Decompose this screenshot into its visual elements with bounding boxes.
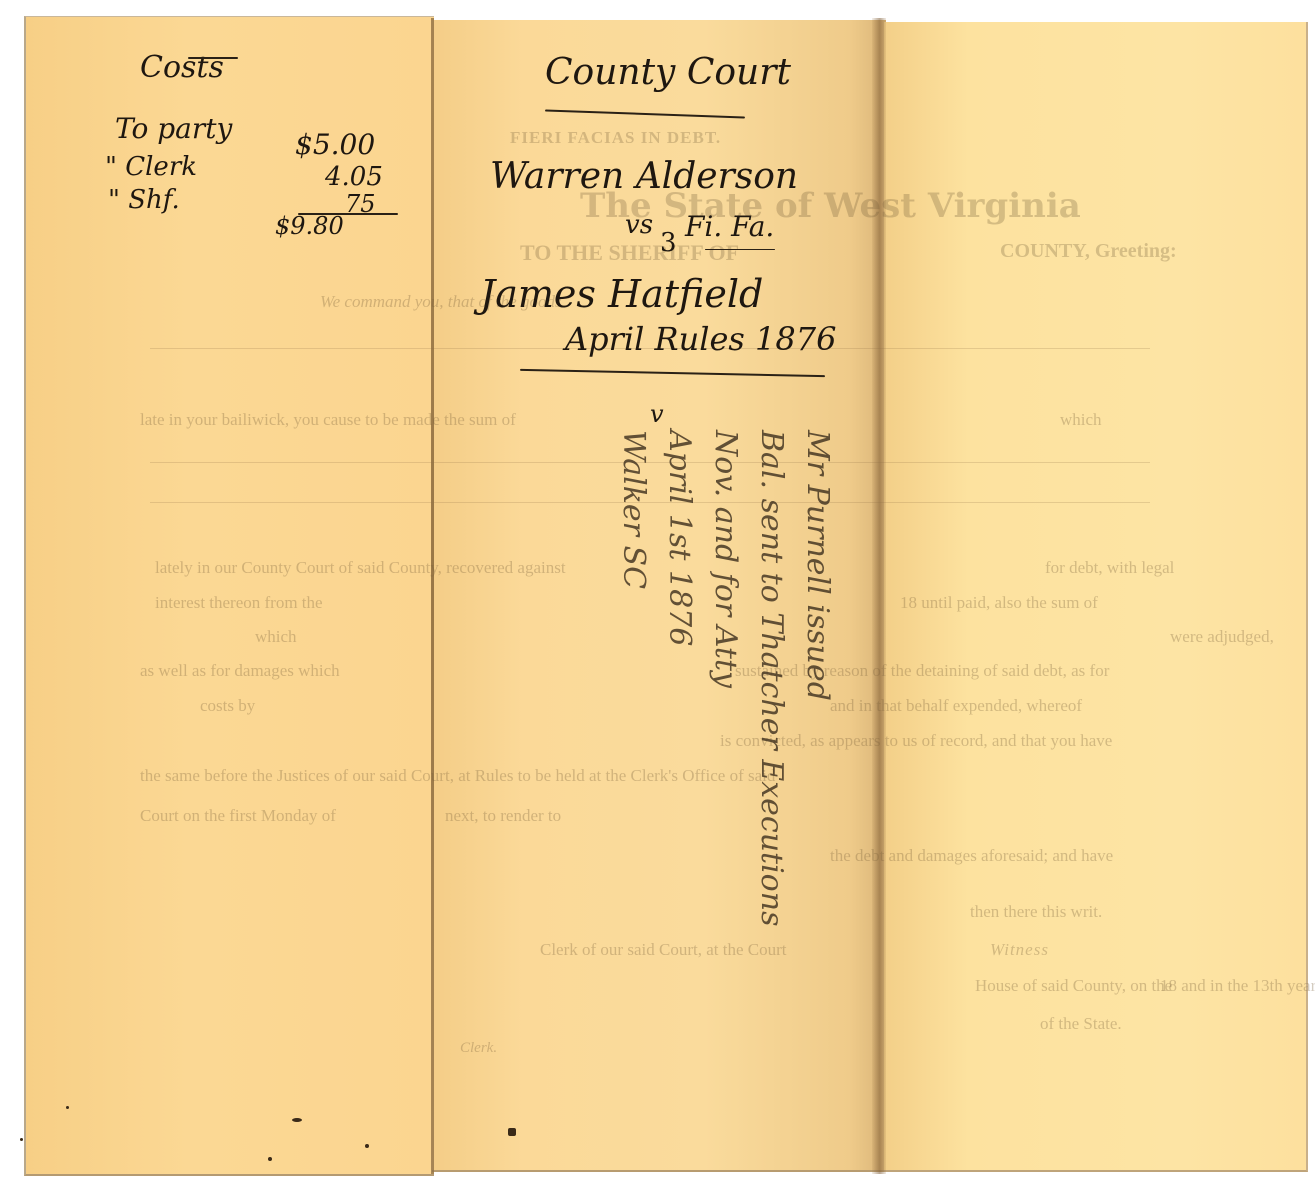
ghost-debt-damages: the debt and damages aforesaid; and have: [830, 846, 1113, 866]
paper-speck: [292, 1118, 302, 1122]
ghost-costs-by-2: and in that behalf expended, whereof: [830, 696, 1082, 716]
cost-item-label: " Clerk: [105, 152, 197, 182]
ghost-costs-by: costs by: [200, 696, 255, 716]
plaintiff-name: Warren Alderson: [490, 156, 798, 197]
bracket-mark: 3: [660, 228, 677, 258]
cost-item-amount: 4.05: [325, 162, 383, 192]
writ-underline: [705, 249, 775, 250]
term-label: April Rules 1876: [565, 320, 836, 358]
ghost-clerk: Clerk.: [460, 1040, 497, 1057]
paper-speck: [365, 1144, 369, 1148]
ghost-until-paid: 18 until paid, also the sum of: [900, 593, 1098, 613]
check-mark: v: [650, 400, 664, 428]
ghost-interest: interest thereon from the: [155, 593, 323, 613]
costs-heading: Costs: [140, 50, 224, 85]
writ-type: Fi. Fa.: [685, 210, 774, 243]
ghost-witness: Witness: [990, 940, 1049, 960]
ghost-house: House of said County, on the: [975, 976, 1172, 996]
court-name: County Court: [545, 52, 791, 93]
fold-crease-left: [431, 18, 434, 1174]
vertical-note-line: Walker SC: [610, 430, 656, 1070]
costs-heading-overline: [188, 57, 238, 59]
ghost-adjudged: were adjudged,: [1170, 627, 1274, 647]
ghost-year: 18 and in the 13th year: [1160, 976, 1315, 996]
ghost-court-on: Court on the first Monday of: [140, 806, 336, 826]
vertical-return-note: Mr Purnell issued Bal. sent to Thatcher …: [580, 430, 840, 1070]
ghost-damages: as well as for damages which: [140, 661, 340, 681]
ghost-county-greeting: COUNTY, Greeting:: [1000, 240, 1177, 263]
ghost-state: of the State.: [1040, 1014, 1122, 1034]
vertical-note-line: Mr Purnell issued: [794, 430, 840, 1070]
cost-item-amount: $5.00: [295, 128, 375, 161]
ghost-form-title: FIERI FACIAS IN DEBT.: [510, 128, 721, 148]
paper-speck: [268, 1157, 272, 1161]
cost-item-label: " Shf.: [108, 185, 180, 215]
ghost-which2: which: [255, 627, 297, 647]
ghost-to-sheriff: TO THE SHERIFF OF: [520, 240, 739, 266]
ghost-bailiwick: late in your bailiwick, you cause to be …: [140, 410, 516, 430]
cost-item-label: To party: [115, 112, 232, 145]
vertical-note-line: April 1st 1876: [656, 430, 702, 1070]
paper-speck: [66, 1106, 69, 1109]
ghost-for-debt: for debt, with legal: [1045, 558, 1174, 578]
paper-speck: [20, 1138, 23, 1141]
ghost-which: which: [1060, 410, 1102, 430]
ghost-next: next, to render to: [445, 806, 561, 826]
versus-label: vs: [625, 210, 653, 240]
vertical-note-line: Nov. and for Atty: [702, 430, 748, 1070]
ghost-lately: lately in our County Court of said Count…: [155, 558, 566, 578]
ghost-then-there: then there this writ.: [970, 902, 1102, 922]
defendant-name: James Hatfield: [480, 272, 763, 316]
vertical-note-line: Bal. sent to Thatcher Executions: [748, 430, 794, 1070]
costs-total: $9.80: [275, 212, 344, 240]
paper-speck: [508, 1128, 516, 1136]
